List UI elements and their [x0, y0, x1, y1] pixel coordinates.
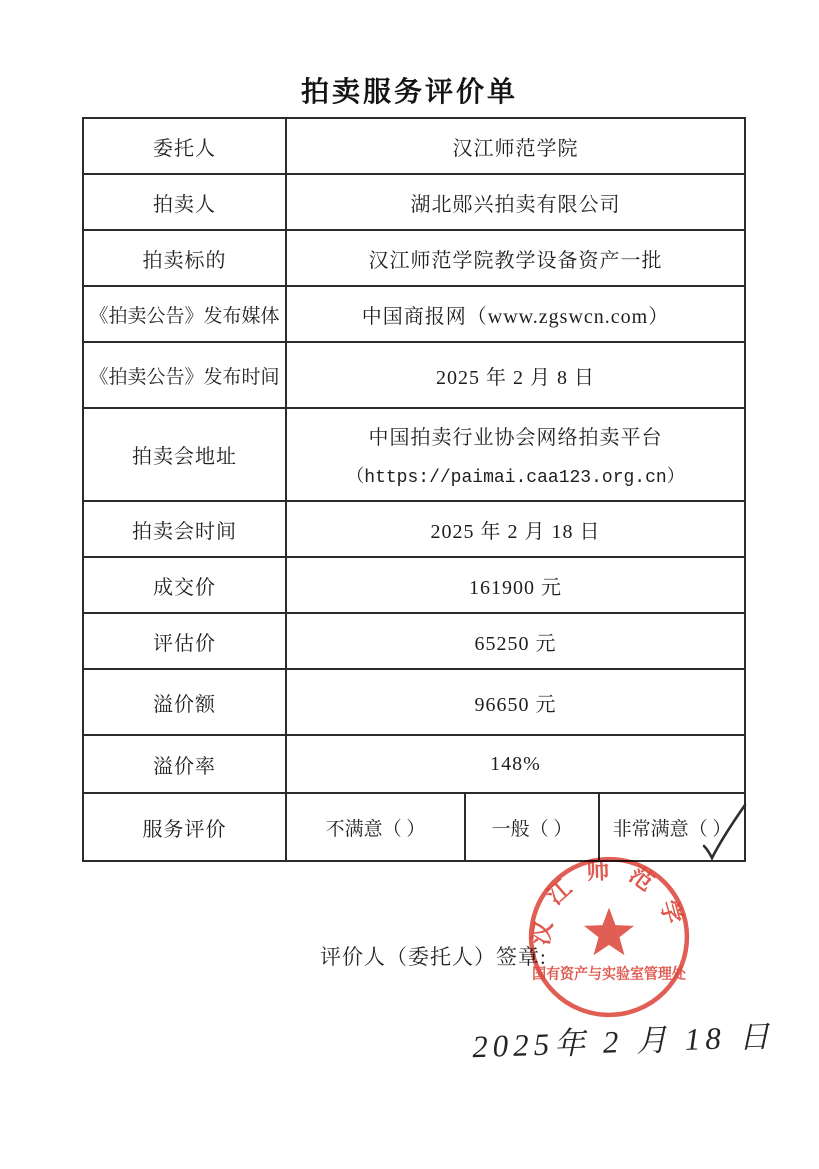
seal-banner-text: 国有资产与实验室管理处: [532, 964, 686, 982]
table-row: 拍卖人 湖北郧兴拍卖有限公司: [84, 175, 744, 231]
row-label: 成交价: [84, 558, 287, 612]
table-row: 拍卖会地址 中国拍卖行业协会网络拍卖平台 （https://paimai.caa…: [84, 409, 744, 502]
row-value: 148%: [287, 736, 744, 792]
table-row: 溢价额 96650 元: [84, 670, 744, 736]
table-row: 《拍卖公告》发布时间 2025 年 2 月 8 日: [84, 343, 744, 409]
row-label: 拍卖人: [84, 175, 287, 229]
option-unsatisfied: 不满意（ ）: [287, 794, 466, 860]
row-value: 65250 元: [287, 614, 744, 668]
row-value: 汉江师范学院: [287, 119, 744, 173]
table-row: 评估价 65250 元: [84, 614, 744, 670]
row-value-line2: （https://paimai.caa123.org.cn）: [346, 462, 684, 488]
official-seal: 汉江师范学院 国有资产与实验室管理处: [523, 851, 695, 1023]
row-label: 拍卖标的: [84, 231, 287, 285]
row-label: 服务评价: [84, 794, 287, 860]
row-label: 拍卖会地址: [84, 409, 287, 500]
table-row: 拍卖会时间 2025 年 2 月 18 日: [84, 502, 744, 558]
row-value: 汉江师范学院教学设备资产一批: [287, 231, 744, 285]
table-row: 委托人 汉江师范学院: [84, 119, 744, 175]
table-row: 成交价 161900 元: [84, 558, 744, 614]
table-row: 拍卖标的 汉江师范学院教学设备资产一批: [84, 231, 744, 287]
row-label: 《拍卖公告》发布媒体: [84, 287, 287, 341]
row-label: 评估价: [84, 614, 287, 668]
star-icon: [584, 908, 634, 956]
row-label: 拍卖会时间: [84, 502, 287, 556]
row-label: 委托人: [84, 119, 287, 173]
signature-label: 评价人（委托人）签章:: [320, 941, 547, 971]
evaluation-form-table: 委托人 汉江师范学院 拍卖人 湖北郧兴拍卖有限公司 拍卖标的 汉江师范学院教学设…: [82, 117, 746, 862]
row-value: 161900 元: [287, 558, 744, 612]
table-row: 《拍卖公告》发布媒体 中国商报网（www.zgswcn.com）: [84, 287, 744, 343]
row-value: 中国拍卖行业协会网络拍卖平台 （https://paimai.caa123.or…: [287, 409, 744, 500]
page-title: 拍卖服务评价单: [0, 70, 819, 110]
row-value-line1: 中国拍卖行业协会网络拍卖平台: [369, 421, 663, 450]
scanned-form-page: 拍卖服务评价单 委托人 汉江师范学院 拍卖人 湖北郧兴拍卖有限公司 拍卖标的 汉…: [0, 0, 819, 1169]
row-label: 溢价率: [84, 736, 287, 792]
table-row: 溢价率 148%: [84, 736, 744, 794]
row-value: 湖北郧兴拍卖有限公司: [287, 175, 744, 229]
row-value: 96650 元: [287, 670, 744, 734]
row-label: 溢价额: [84, 670, 287, 734]
row-value: 2025 年 2 月 18 日: [287, 502, 744, 556]
row-label: 《拍卖公告》发布时间: [84, 343, 287, 407]
row-value: 2025 年 2 月 8 日: [287, 343, 744, 407]
row-value: 中国商报网（www.zgswcn.com）: [287, 287, 744, 341]
